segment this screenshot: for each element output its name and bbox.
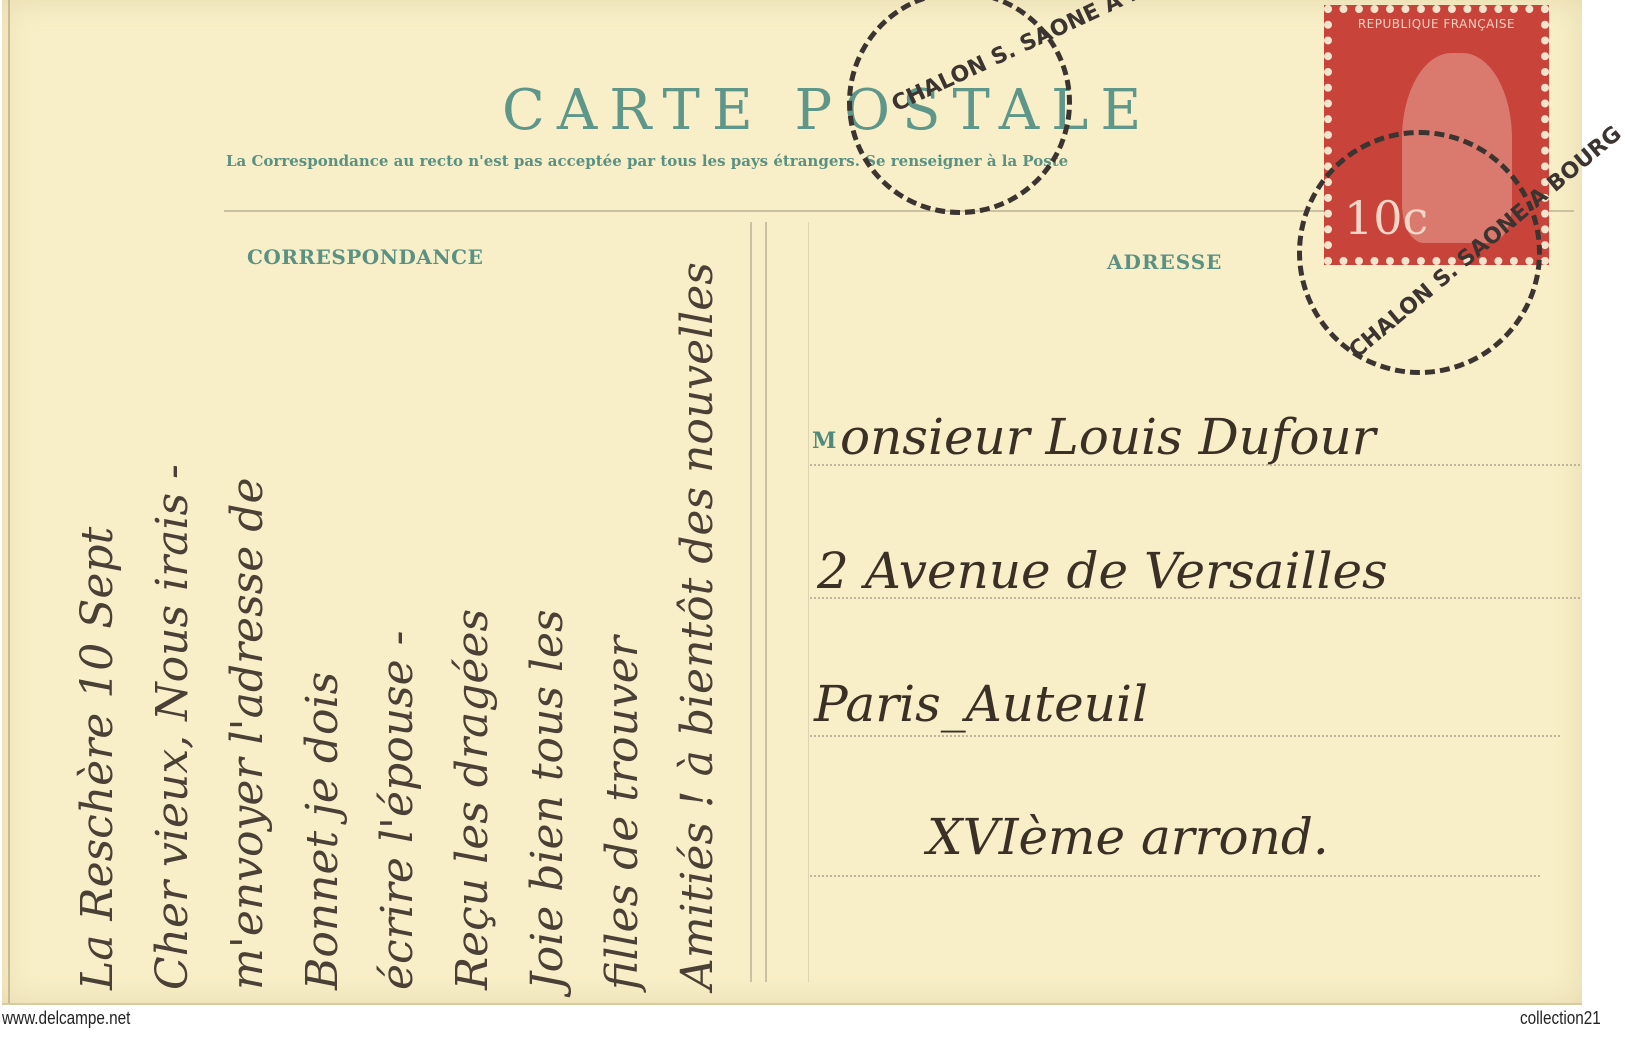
address-rule [810, 735, 1560, 737]
divider-line [765, 222, 767, 982]
divider-line [750, 222, 752, 982]
correspondence-line: Cher vieux, Nous irais - [147, 464, 198, 990]
correspondence-line: filles de trouver [597, 636, 648, 990]
address-prefix: M [812, 428, 836, 454]
correspondence-line: La Reschère 10 Sept [72, 527, 123, 990]
address-line: onsieur Louis Dufour [840, 408, 1376, 466]
address-line: Paris_Auteuil [814, 675, 1148, 733]
adresse-label: ADRESSE [1107, 250, 1222, 274]
footer-collection: collection21 [1520, 1008, 1601, 1029]
correspondence-line: m'envoyer l'adresse de [222, 478, 273, 991]
stamp-country: REPUBLIQUE FRANÇAISE [1332, 17, 1541, 31]
address-line: XVIème arrond. [927, 808, 1329, 866]
divider-line [808, 222, 809, 982]
correspondence-line: Joie bien tous les [522, 609, 573, 990]
correspondence-line: écrire l'épouse - [372, 630, 423, 990]
footer-source-link[interactable]: www.delcampe.net [2, 1008, 130, 1029]
correspondence-line: Reçu les dragées [447, 609, 498, 990]
address-line: 2 Avenue de Versailles [817, 542, 1388, 600]
correspondence-line: Bonnet je dois [297, 672, 348, 990]
postmark-icon [1297, 130, 1542, 375]
correspondance-label: CORRESPONDANCE [247, 245, 483, 269]
correspondence-line: Amitiés ! à bientôt des nouvelles [672, 262, 723, 990]
postcard-back: CARTE POSTALE La Correspondance au recto… [2, 0, 1582, 1005]
address-rule [810, 875, 1540, 877]
